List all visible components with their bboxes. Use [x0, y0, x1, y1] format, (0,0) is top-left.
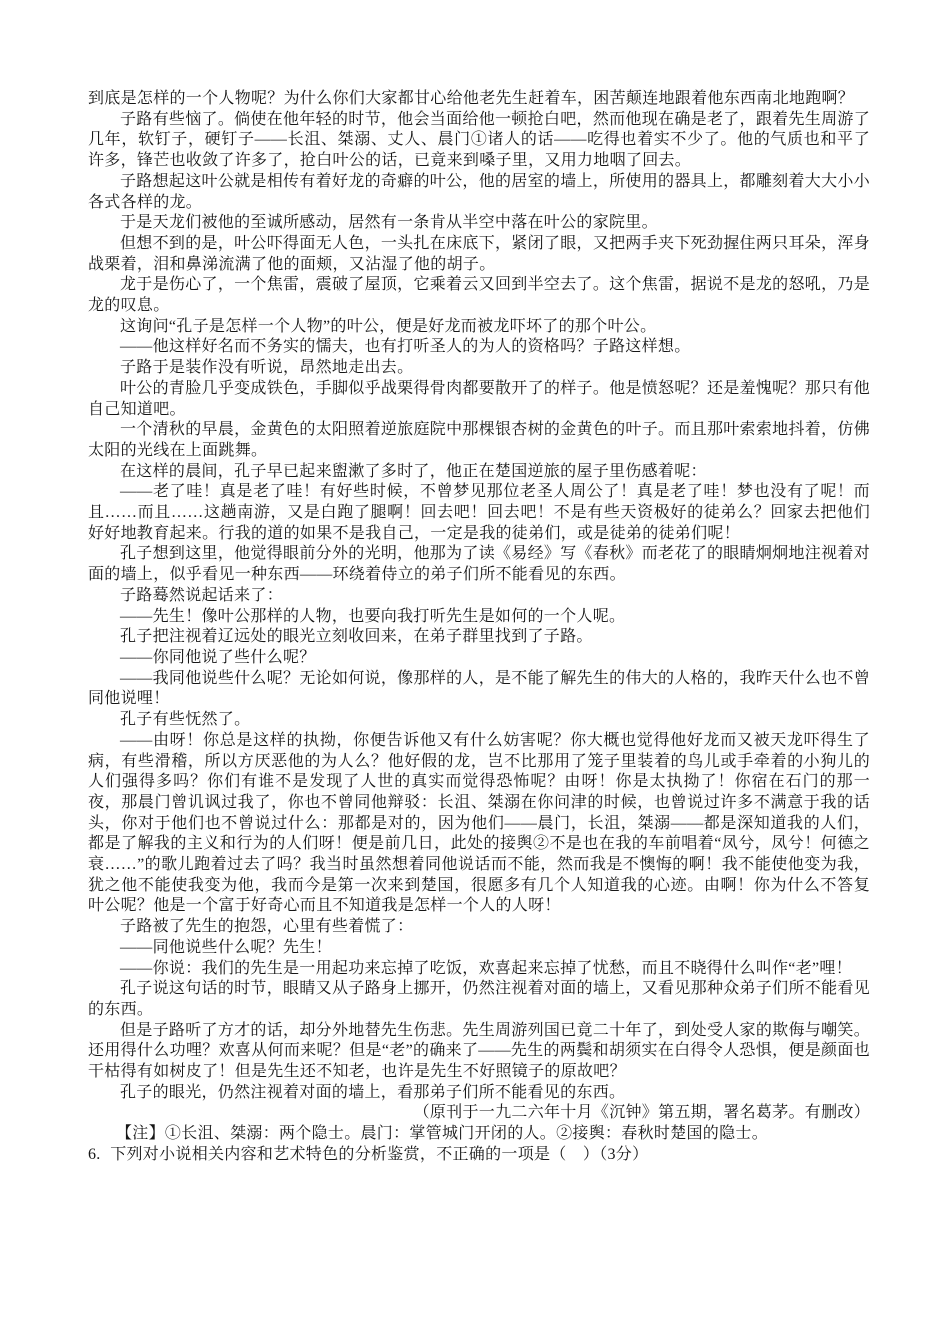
passage-paragraph: 子路被了先生的抱怨，心里有些着慌了： [88, 917, 870, 938]
passage-paragraph: 子路于是装作没有听说，昂然地走出去。 [88, 358, 870, 379]
passage-paragraph: 在这样的晨间，孔子早已起来盥漱了多时了，他正在楚国逆旅的屋子里伤感着呢： [88, 462, 870, 483]
passage-paragraph: 孔子的眼光，仍然注视着对面的墙上，看那弟子们所不能看见的东西。 [88, 1083, 870, 1104]
passage-paragraph: 孔子有些怃然了。 [88, 710, 870, 731]
passage-paragraph: 孔子把注视着辽远处的眼光立刻收回来，在弟子群里找到了子路。 [88, 627, 870, 648]
passage-paragraph: ——老了哇！真是老了哇！有好些时候，不曾梦见那位老圣人周公了！真是老了哇！梦也没… [88, 482, 870, 544]
footnotes: 【注】①长沮、桀溺：两个隐士。晨门：掌管城门开闭的人。②接舆：春秋时楚国的隐士。 [88, 1124, 870, 1145]
passage-paragraph: ——先生！像叶公那样的人物，也要向我打听先生是如何的一个人呢。 [88, 607, 870, 628]
passage-paragraph: 于是天龙们被他的至诚所感动，居然有一条肯从半空中落在叶公的家院里。 [88, 213, 870, 234]
passage-paragraph: 到底是怎样的一个人物呢？为什么你们大家都甘心给他老先生赶着车，困苦颠连地跟着他东… [88, 89, 870, 110]
passage-paragraph: 子路蓦然说起话来了： [88, 586, 870, 607]
passage-paragraph: 一个清秋的早晨，金黄色的太阳照着逆旅庭院中那棵银杏树的金黄色的叶子。而且那叶索索… [88, 420, 870, 461]
passage-paragraph: 孔子想到这里，他觉得眼前分外的光明，他那为了读《易经》写《春秋》而老花了的眼睛炯… [88, 544, 870, 585]
passage-paragraph: ——你说：我们的先生是一用起功来忘掉了吃饭，欢喜起来忘掉了忧愁，而且不晓得什么叫… [88, 959, 870, 980]
passage-paragraph: 孔子说这句话的时节，眼睛又从子路身上挪开，仍然注视着对面的墙上，又看见那种众弟子… [88, 979, 870, 1020]
source-attribution: （原刊于一九二六年十月《沉钟》第五期，署名葛茅。有删改） [88, 1103, 870, 1124]
passage-paragraph: 这询问“孔子是怎样一个人物”的叶公，便是好龙而被龙吓坏了的那个叶公。 [88, 317, 870, 338]
passage-paragraph: 子路有些恼了。倘使在他年轻的时节，他会当面给他一顿抢白吧，然而他现在确是老了，跟… [88, 110, 870, 172]
passage-paragraph: ——同他说些什么呢？先生！ [88, 938, 870, 959]
document-page: 到底是怎样的一个人物呢？为什么你们大家都甘心给他老先生赶着车，困苦颠连地跟着他东… [0, 0, 950, 1344]
passage-paragraph: 龙于是伤心了，一个焦雷，震破了屋顶，它乘着云又回到半空去了。这个焦雷，据说不是龙… [88, 275, 870, 316]
passage-paragraph: ——你同他说了些什么呢？ [88, 648, 870, 669]
question-6: 6.下列对小说相关内容和艺术特色的分析鉴赏，不正确的一项是（ ）（3分） [88, 1145, 870, 1166]
passage-paragraph: ——由呀！你总是这样的执拗，你便告诉他又有什么妨害呢？你大概也觉得他好龙而又被天… [88, 731, 870, 917]
passage-paragraph: 但想不到的是，叶公吓得面无人色，一头扎在床底下，紧闭了眼，又把两手夹下死劲握住两… [88, 234, 870, 275]
passage-paragraph: ——他这样好名而不务实的懦夫，也有打听圣人的为人的资格吗？子路这样想。 [88, 337, 870, 358]
question-text: 下列对小说相关内容和艺术特色的分析鉴赏，不正确的一项是（ ）（3分） [110, 1146, 648, 1163]
passage-paragraph: 叶公的青脸几乎变成铁色，手脚似乎战栗得骨肉都要散开了的样子。他是愤怒呢？还是羞愧… [88, 379, 870, 420]
reading-passage: 到底是怎样的一个人物呢？为什么你们大家都甘心给他老先生赶着车，困苦颠连地跟着他东… [88, 89, 870, 1166]
passage-paragraph: ——我同他说些什么呢？无论如何说，像那样的人，是不能了解先生的伟大的人格的，我昨… [88, 669, 870, 710]
passage-paragraph: 但是子路听了方才的话，却分外地替先生伤悲。先生周游列国已竟二十年了，到处受人家的… [88, 1021, 870, 1083]
question-number: 6. [88, 1146, 101, 1163]
passage-paragraph: 子路想起这叶公就是相传有着好龙的奇癖的叶公，他的居室的墙上，所使用的器具上，都雕… [88, 172, 870, 213]
